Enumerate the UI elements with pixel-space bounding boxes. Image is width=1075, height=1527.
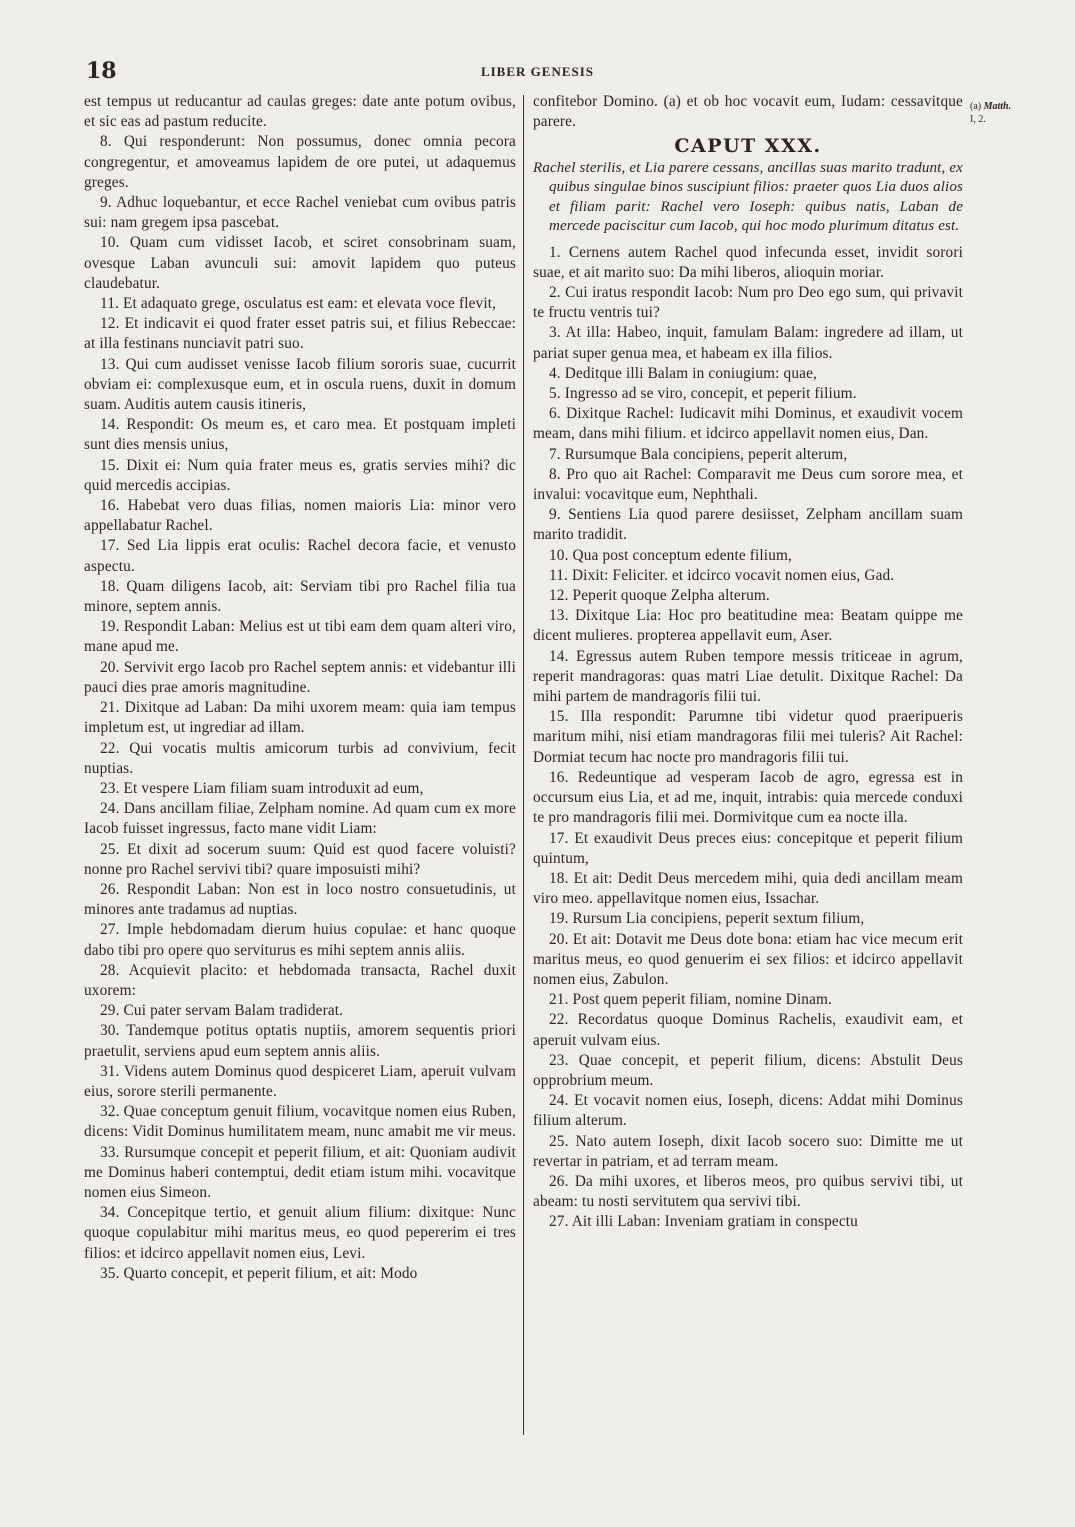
- verse-paragraph: 21. Dixitque ad Laban: Da mihi uxorem me…: [84, 698, 516, 738]
- verse-paragraph: 17. Et exaudivit Deus preces eius: conce…: [533, 829, 963, 869]
- verse-paragraph: 1. Cernens autem Rachel quod infecunda e…: [533, 243, 963, 283]
- margin-note-reference: Matth.: [984, 101, 1012, 112]
- verse-paragraph: 9. Adhuc loquebantur, et ecce Rachel ven…: [84, 193, 516, 233]
- verse-paragraph: 11. Dixit: Feliciter. et idcirco vocavit…: [533, 566, 963, 586]
- verse-paragraph: 28. Acquievit placito: et hebdomada tran…: [84, 961, 516, 1001]
- verse-paragraph: 6. Dixitque Rachel: Iudicavit mihi Domin…: [533, 404, 963, 444]
- margin-note: (a) Matth. I, 2.: [970, 100, 1011, 126]
- chapter-summary: Rachel sterilis, et Lia parere cessans, …: [533, 159, 963, 237]
- verse-paragraph: 20. Et ait: Dotavit me Deus dote bona: e…: [533, 930, 963, 991]
- verse-paragraph: 24. Dans ancillam filiae, Zelpham nomine…: [84, 799, 516, 839]
- verse-paragraph: 20. Servivit ergo Iacob pro Rachel septe…: [84, 658, 516, 698]
- verse-paragraph: 19. Rursum Lia concipiens, peperit sextu…: [533, 909, 963, 929]
- verse-paragraph: 21. Post quem peperit filiam, nomine Din…: [533, 990, 963, 1010]
- verse-paragraph: est tempus ut reducantur ad caulas grege…: [84, 92, 516, 132]
- verse-paragraph: 18. Quam diligens Iacob, ait: Serviam ti…: [84, 577, 516, 617]
- verse-paragraph: 7. Rursumque Bala concipiens, peperit al…: [533, 445, 963, 465]
- verse-paragraph: 19. Respondit Laban: Melius est ut tibi …: [84, 617, 516, 657]
- right-column: confitebor Domino. (a) et ob hoc vocavit…: [533, 92, 963, 1233]
- verse-paragraph: 12. Et indicavit ei quod frater esset pa…: [84, 314, 516, 354]
- verse-paragraph: 14. Respondit: Os meum es, et caro mea. …: [84, 415, 516, 455]
- verse-paragraph: 4. Deditque illi Balam in coniugium: qua…: [533, 364, 963, 384]
- verse-paragraph: 8. Pro quo ait Rachel: Comparavit me Deu…: [533, 465, 963, 505]
- verse-paragraph: 16. Redeuntique ad vesperam Iacob de agr…: [533, 768, 963, 829]
- verse-paragraph: 13. Qui cum audisset venisse Iacob filiu…: [84, 355, 516, 416]
- verse-paragraph: 5. Ingresso ad se viro, concepit, et pep…: [533, 384, 963, 404]
- verse-paragraph: 30. Tandemque potitus optatis nuptiis, a…: [84, 1021, 516, 1061]
- margin-note-location: I, 2.: [970, 114, 986, 125]
- verse-paragraph: 14. Egressus autem Ruben tempore messis …: [533, 647, 963, 708]
- verse-paragraph: 32. Quae conceptum genuit filium, vocavi…: [84, 1102, 516, 1142]
- verse-paragraph: 3. At illa: Habeo, inquit, famulam Balam…: [533, 323, 963, 363]
- margin-note-marker: (a): [970, 101, 981, 112]
- verse-paragraph: 18. Et ait: Dedit Deus mercedem mihi, qu…: [533, 869, 963, 909]
- chapter-title: CAPUT XXX.: [533, 136, 963, 156]
- verse-paragraph: 17. Sed Lia lippis erat oculis: Rachel d…: [84, 536, 516, 576]
- verse-paragraph: 22. Qui vocatis multis amicorum turbis a…: [84, 739, 516, 779]
- verse-paragraph: 8. Qui responderunt: Non possumus, donec…: [84, 132, 516, 193]
- verse-paragraph: 23. Quae concepit, et peperit filium, di…: [533, 1051, 963, 1091]
- verse-paragraph: 22. Recordatus quoque Dominus Rachelis, …: [533, 1010, 963, 1050]
- verse-paragraph: 15. Illa respondit: Parumne tibi videtur…: [533, 707, 963, 768]
- verse-paragraph: 33. Rursumque concepit et peperit filium…: [84, 1143, 516, 1204]
- column-divider: [523, 95, 524, 1435]
- opening-paragraph: confitebor Domino. (a) et ob hoc vocavit…: [533, 92, 963, 132]
- left-column: est tempus ut reducantur ad caulas grege…: [84, 92, 516, 1284]
- verse-paragraph: 26. Da mihi uxores, et liberos meos, pro…: [533, 1172, 963, 1212]
- verse-paragraph: 23. Et vespere Liam filiam suam introdux…: [84, 779, 516, 799]
- verse-paragraph: 35. Quarto concepit, et peperit filium, …: [84, 1264, 516, 1284]
- verse-paragraph: 10. Quam cum vidisset Iacob, et sciret c…: [84, 233, 516, 294]
- verse-paragraph: 16. Habebat vero duas filias, nomen maio…: [84, 496, 516, 536]
- verse-paragraph: 2. Cui iratus respondit Iacob: Num pro D…: [533, 283, 963, 323]
- verse-paragraph: 24. Et vocavit nomen eius, Ioseph, dicen…: [533, 1091, 963, 1131]
- running-head: LIBER GENESIS: [0, 64, 1075, 80]
- right-verses: 1. Cernens autem Rachel quod infecunda e…: [533, 243, 963, 1233]
- verse-paragraph: 27. Imple hebdomadam dierum huius copula…: [84, 920, 516, 960]
- verse-paragraph: 12. Peperit quoque Zelpha alterum.: [533, 586, 963, 606]
- verse-paragraph: 25. Nato autem Ioseph, dixit Iacob socer…: [533, 1132, 963, 1172]
- verse-paragraph: 26. Respondit Laban: Non est in loco nos…: [84, 880, 516, 920]
- verse-paragraph: 34. Concepitque tertio, et genuit alium …: [84, 1203, 516, 1264]
- verse-paragraph: 25. Et dixit ad socerum suum: Quid est q…: [84, 840, 516, 880]
- verse-paragraph: 31. Videns autem Dominus quod despiceret…: [84, 1062, 516, 1102]
- verse-paragraph: 29. Cui pater servam Balam tradiderat.: [84, 1001, 516, 1021]
- verse-paragraph: 15. Dixit ei: Num quia frater meus es, g…: [84, 456, 516, 496]
- verse-paragraph: 27. Ait illi Laban: Inveniam gratiam in …: [533, 1212, 963, 1232]
- verse-paragraph: 10. Qua post conceptum edente filium,: [533, 546, 963, 566]
- verse-paragraph: 13. Dixitque Lia: Hoc pro beatitudine me…: [533, 606, 963, 646]
- verse-paragraph: 9. Sentiens Lia quod parere desiisset, Z…: [533, 505, 963, 545]
- verse-paragraph: 11. Et adaquato grege, osculatus est eam…: [84, 294, 516, 314]
